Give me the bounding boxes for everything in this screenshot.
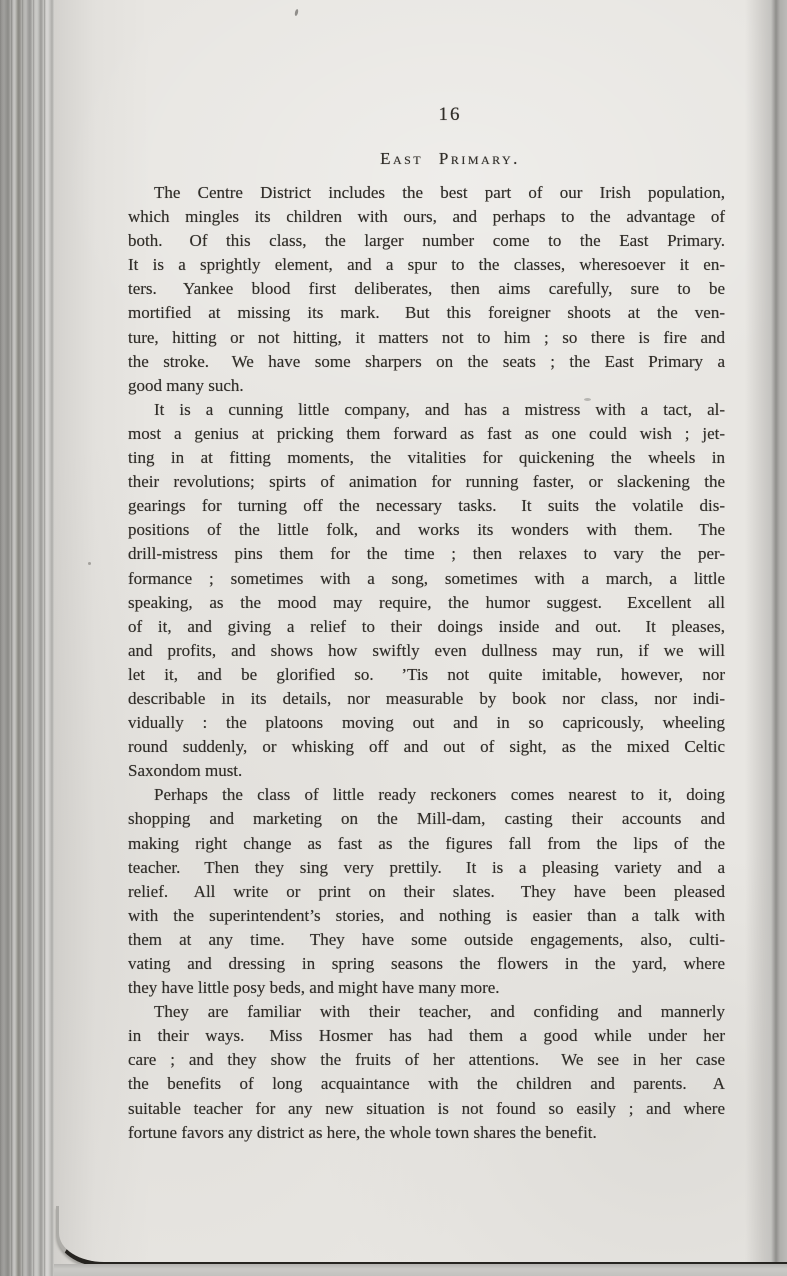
text-line: fortune favors any district as here, the… — [128, 1121, 725, 1145]
scan-speck — [88, 562, 91, 565]
text-line: describable in its details, nor measurab… — [128, 687, 725, 711]
text-line: let it, and be glorified so. ’Tis not qu… — [128, 663, 725, 687]
text-line: most a genius at pricking them forward a… — [128, 422, 725, 446]
text-line: with the superintendent’s stories, and n… — [128, 904, 725, 928]
text-line: ture, hitting or not hitting, it matters… — [128, 326, 725, 350]
text-line: of it, and giving a relief to their doin… — [128, 615, 725, 639]
text-line: their revolutions; spirts of animation f… — [128, 470, 725, 494]
page-body: The Centre District includes the best pa… — [128, 181, 725, 1145]
text-line: ters. Yankee blood first deliberates, th… — [128, 277, 725, 301]
text-line: relief. All write or print on their slat… — [128, 880, 725, 904]
text-line: vating and dressing in spring seasons th… — [128, 952, 725, 976]
text-line: positions of the little folk, and works … — [128, 518, 725, 542]
text-line: suitable teacher for any new situation i… — [128, 1097, 725, 1121]
text-line: good many such. — [128, 374, 725, 398]
text-line: round suddenly, or whisking off and out … — [128, 735, 725, 759]
text-line: vidually : the platoons moving out and i… — [128, 711, 725, 735]
text-line: speaking, as the mood may require, the h… — [128, 591, 725, 615]
text-line: gearings for turning off the necessary t… — [128, 494, 725, 518]
text-line: It is a sprightly element, and a spur to… — [128, 253, 725, 277]
text-line: which mingles its children with ours, an… — [128, 205, 725, 229]
text-line: teacher. Then they sing very prettily. I… — [128, 856, 725, 880]
text-line: The Centre District includes the best pa… — [128, 181, 725, 205]
text-line: formance ; sometimes with a song, someti… — [128, 567, 725, 591]
page-bottom-edge — [56, 1206, 787, 1267]
text-line: they have little posy beds, and might ha… — [128, 976, 725, 1000]
underlying-page-strip — [54, 1264, 787, 1276]
text-line: Perhaps the class of little ready reckon… — [128, 783, 725, 807]
text-line: both. Of this class, the larger number c… — [128, 229, 725, 253]
text-line: Saxondom must. — [128, 759, 725, 783]
text-line: the benefits of long acquaintance with t… — [128, 1072, 725, 1096]
text-line: in their ways. Miss Hosmer has had them … — [128, 1024, 725, 1048]
text-line: and profits, and shows how swiftly even … — [128, 639, 725, 663]
text-line: mortified at missing its mark. But this … — [128, 301, 725, 325]
book-binding-page-edges — [0, 0, 54, 1276]
page-right-edge — [745, 0, 787, 1276]
text-line: drill-mistress pins them for the time ; … — [128, 542, 725, 566]
text-line: making right change as fast as the figur… — [128, 832, 725, 856]
text-line: It is a cunning little company, and has … — [128, 398, 725, 422]
text-line: the stroke. We have some sharpers on the… — [128, 350, 725, 374]
section-heading: East Primary. — [150, 149, 750, 169]
page-number: 16 — [150, 104, 750, 126]
scanned-book-page: 16 East Primary. The Centre District inc… — [0, 0, 787, 1276]
text-line: They are familiar with their teacher, an… — [128, 1000, 725, 1024]
text-line: shopping and marketing on the Mill-dam, … — [128, 807, 725, 831]
text-line: ting in at fitting moments, the vitaliti… — [128, 446, 725, 470]
text-line: care ; and they show the fruits of her a… — [128, 1048, 725, 1072]
text-line: them at any time. They have some outside… — [128, 928, 725, 952]
